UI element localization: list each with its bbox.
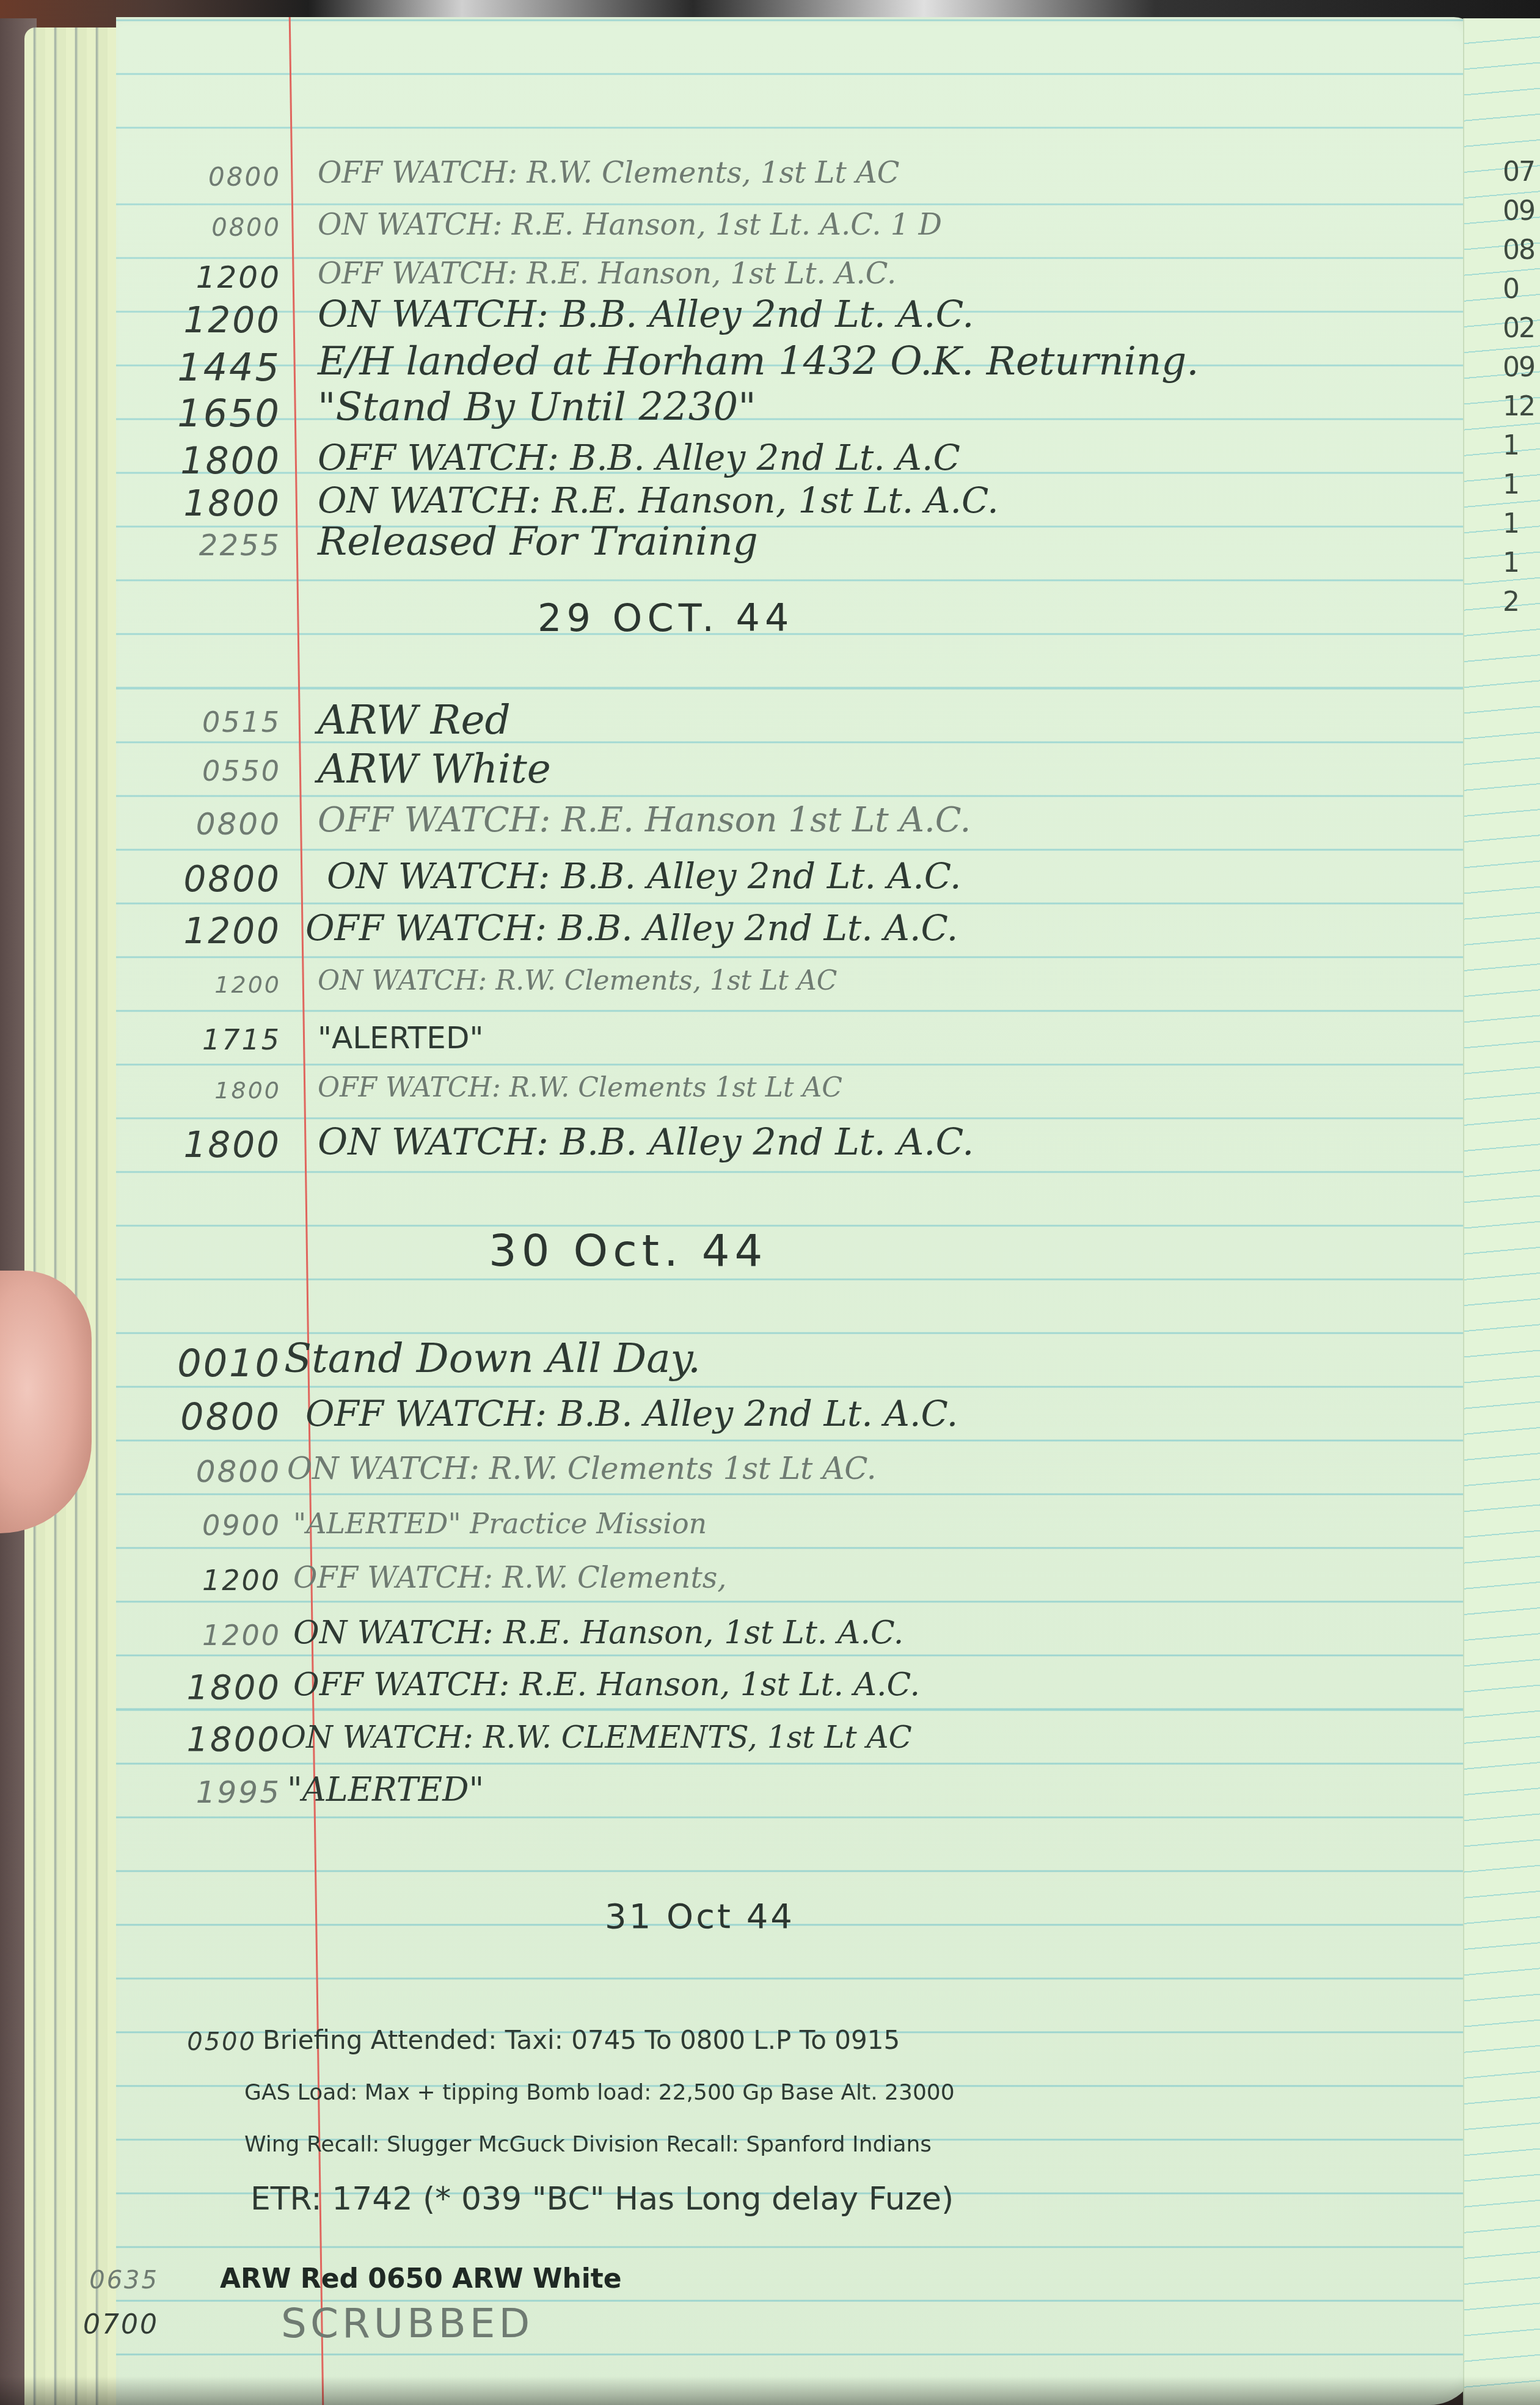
log-row: 0515 ARW Red: [0, 696, 1466, 751]
log-entry: OFF WATCH: R.E. Hanson 1st Lt A.C.: [318, 800, 971, 840]
log-entry: Wing Recall: Slugger McGuck Division Rec…: [244, 2132, 932, 2157]
log-entry: Briefing Attended: Taxi: 0745 To 0800 L.…: [263, 2025, 900, 2055]
log-row: GAS Load: Max + tipping Bomb load: 22,50…: [0, 2074, 1466, 2129]
log-row: 0900 "ALERTED" Practice Mission: [0, 1500, 1466, 1555]
log-time: 1200: [98, 971, 281, 998]
log-time: 0800: [98, 1454, 281, 1489]
log-entry: ON WATCH: B.B. Alley 2nd Lt. A.C.: [318, 293, 974, 336]
log-entry: OFF WATCH: R.W. Clements 1st Lt AC: [318, 1072, 842, 1103]
log-time: 1200: [98, 260, 281, 295]
watch-log: 0800 OFF WATCH: R.W. Clements, 1st Lt AC…: [0, 0, 1540, 2405]
log-row: 0500 Briefing Attended: Taxi: 0745 To 08…: [0, 2019, 1466, 2074]
log-time: 1995: [98, 1775, 281, 1810]
log-time: 1800: [98, 1668, 281, 1707]
log-entry: "ALERTED" Practice Mission: [293, 1507, 707, 1540]
log-time: 0800: [98, 214, 281, 242]
log-row: 1800 ON WATCH: B.B. Alley 2nd Lt. A.C.: [0, 1118, 1466, 1173]
log-time: 0800: [98, 858, 281, 900]
log-time: 0550: [98, 754, 281, 787]
log-row: 1650 "Stand By Until 2230": [0, 385, 1466, 440]
log-entry: ON WATCH: B.B. Alley 2nd Lt. A.C.: [318, 1121, 974, 1164]
log-row: 1995 "ALERTED": [0, 1765, 1466, 1820]
log-entry: OFF WATCH: R.W. Clements,: [293, 1561, 727, 1595]
log-row: 1200 OFF WATCH: R.W. Clements,: [0, 1555, 1466, 1610]
log-time: 0700: [0, 2309, 159, 2340]
log-row: 0800 ON WATCH: B.B. Alley 2nd Lt. A.C.: [0, 852, 1466, 907]
log-time: 1445: [98, 345, 281, 390]
log-entry: OFF WATCH: R.E. Hanson, 1st Lt. A.C.: [293, 1666, 920, 1703]
log-time: 1200: [98, 299, 281, 341]
log-row: 1715 "ALERTED": [0, 1014, 1466, 1069]
date-heading: 31 Oct 44: [605, 1897, 795, 1936]
log-row: 0800 OFF WATCH: B.B. Alley 2nd Lt. A.C.: [0, 1390, 1466, 1445]
log-entry: Released For Training: [318, 519, 758, 564]
log-time: 0500: [73, 2028, 257, 2056]
log-time: 0800: [98, 162, 281, 192]
log-entry: ON WATCH: R.E. Hanson, 1st Lt. A.C.: [318, 480, 999, 521]
log-time: 1800: [98, 1124, 281, 1166]
log-entry: "ALERTED": [318, 1020, 483, 1056]
log-time: 1200: [98, 910, 281, 952]
log-time: 0900: [98, 1509, 281, 1542]
log-time: 0800: [98, 1396, 281, 1439]
log-time: 1800: [98, 1077, 281, 1104]
log-entry: SCRUBBED: [281, 2300, 533, 2347]
log-entry: OFF WATCH: B.B. Alley 2nd Lt. A.C: [318, 437, 960, 478]
log-time: 0800: [98, 806, 281, 842]
log-row: 0700 SCRUBBED: [0, 2300, 1466, 2355]
log-entry: Stand Down All Day.: [284, 1335, 701, 1382]
log-time: 2255: [98, 528, 281, 563]
log-entry: OFF WATCH: R.E. Hanson, 1st Lt. A.C.: [318, 257, 896, 291]
log-entry: ARW Red 0650 ARW White: [220, 2263, 622, 2294]
log-row: 1200 OFF WATCH: B.B. Alley 2nd Lt. A.C.: [0, 904, 1466, 959]
log-row: 1800 ON WATCH: R.W. CLEMENTS, 1st Lt AC: [0, 1713, 1466, 1768]
date-heading: 29 OCT. 44: [538, 596, 794, 640]
log-row: 0010 Stand Down All Day.: [0, 1335, 1466, 1390]
log-entry: ON WATCH: R.W. Clements, 1st Lt AC: [318, 965, 837, 996]
log-time: 1200: [98, 1619, 281, 1652]
log-entry: ON WATCH: R.E. Hanson, 1st Lt. A.C.: [293, 1615, 903, 1651]
log-entry: OFF WATCH: R.W. Clements, 1st Lt AC: [318, 156, 899, 190]
log-time: 1650: [98, 391, 281, 436]
log-entry: ARW White: [318, 745, 551, 792]
log-time: 1200: [98, 1564, 281, 1597]
log-time: 0635: [0, 2266, 159, 2294]
log-entry: ON WATCH: R.W. Clements 1st Lt AC.: [287, 1451, 877, 1486]
log-row: 0800 ON WATCH: R.E. Hanson, 1st Lt. A.C.…: [0, 202, 1466, 257]
log-entry: ARW Red: [318, 696, 511, 743]
date-heading: 30 Oct. 44: [489, 1225, 767, 1276]
log-row: 1200 ON WATCH: R.E. Hanson, 1st Lt. A.C.: [0, 1610, 1466, 1665]
log-entry: ON WATCH: R.W. CLEMENTS, 1st Lt AC: [281, 1720, 912, 1755]
log-entry: GAS Load: Max + tipping Bomb load: 22,50…: [244, 2080, 955, 2105]
log-entry: "Stand By Until 2230": [318, 385, 756, 430]
log-time: 0515: [98, 706, 281, 739]
log-row: 1800 OFF WATCH: R.E. Hanson, 1st Lt. A.C…: [0, 1662, 1466, 1717]
log-entry: "ALERTED": [287, 1770, 484, 1809]
log-row: 0800 OFF WATCH: R.E. Hanson 1st Lt A.C.: [0, 797, 1466, 852]
log-entry: ON WATCH: B.B. Alley 2nd Lt. A.C.: [327, 855, 961, 897]
log-entry: OFF WATCH: B.B. Alley 2nd Lt. A.C.: [305, 1393, 958, 1434]
log-row: ETR: 1742 (* 039 "BC" Has Long delay Fuz…: [0, 2178, 1466, 2233]
log-row: Wing Recall: Slugger McGuck Division Rec…: [0, 2126, 1466, 2181]
log-row: 2255 Released For Training: [0, 519, 1466, 574]
log-entry: ETR: 1742 (* 039 "BC" Has Long delay Fuz…: [250, 2181, 954, 2217]
log-row: 0800 OFF WATCH: R.W. Clements, 1st Lt AC: [0, 153, 1466, 208]
log-entry: ON WATCH: R.E. Hanson, 1st Lt. A.C. 1 D: [318, 208, 942, 242]
log-time: 1715: [98, 1023, 281, 1056]
log-entry: OFF WATCH: B.B. Alley 2nd Lt. A.C.: [305, 907, 958, 949]
log-row: 1800 OFF WATCH: R.W. Clements 1st Lt AC: [0, 1066, 1466, 1121]
log-row: 0550 ARW White: [0, 745, 1466, 800]
log-row: 0800 ON WATCH: R.W. Clements 1st Lt AC.: [0, 1445, 1466, 1500]
log-time: 1800: [98, 483, 281, 524]
bottom-shadow: [0, 2376, 1540, 2405]
log-entry: E/H landed at Horham 1432 O.K. Returning…: [318, 339, 1199, 384]
log-time: 0010: [98, 1341, 281, 1385]
log-row: 1200 ON WATCH: R.W. Clements, 1st Lt AC: [0, 959, 1466, 1014]
log-time: 1800: [98, 1720, 281, 1759]
